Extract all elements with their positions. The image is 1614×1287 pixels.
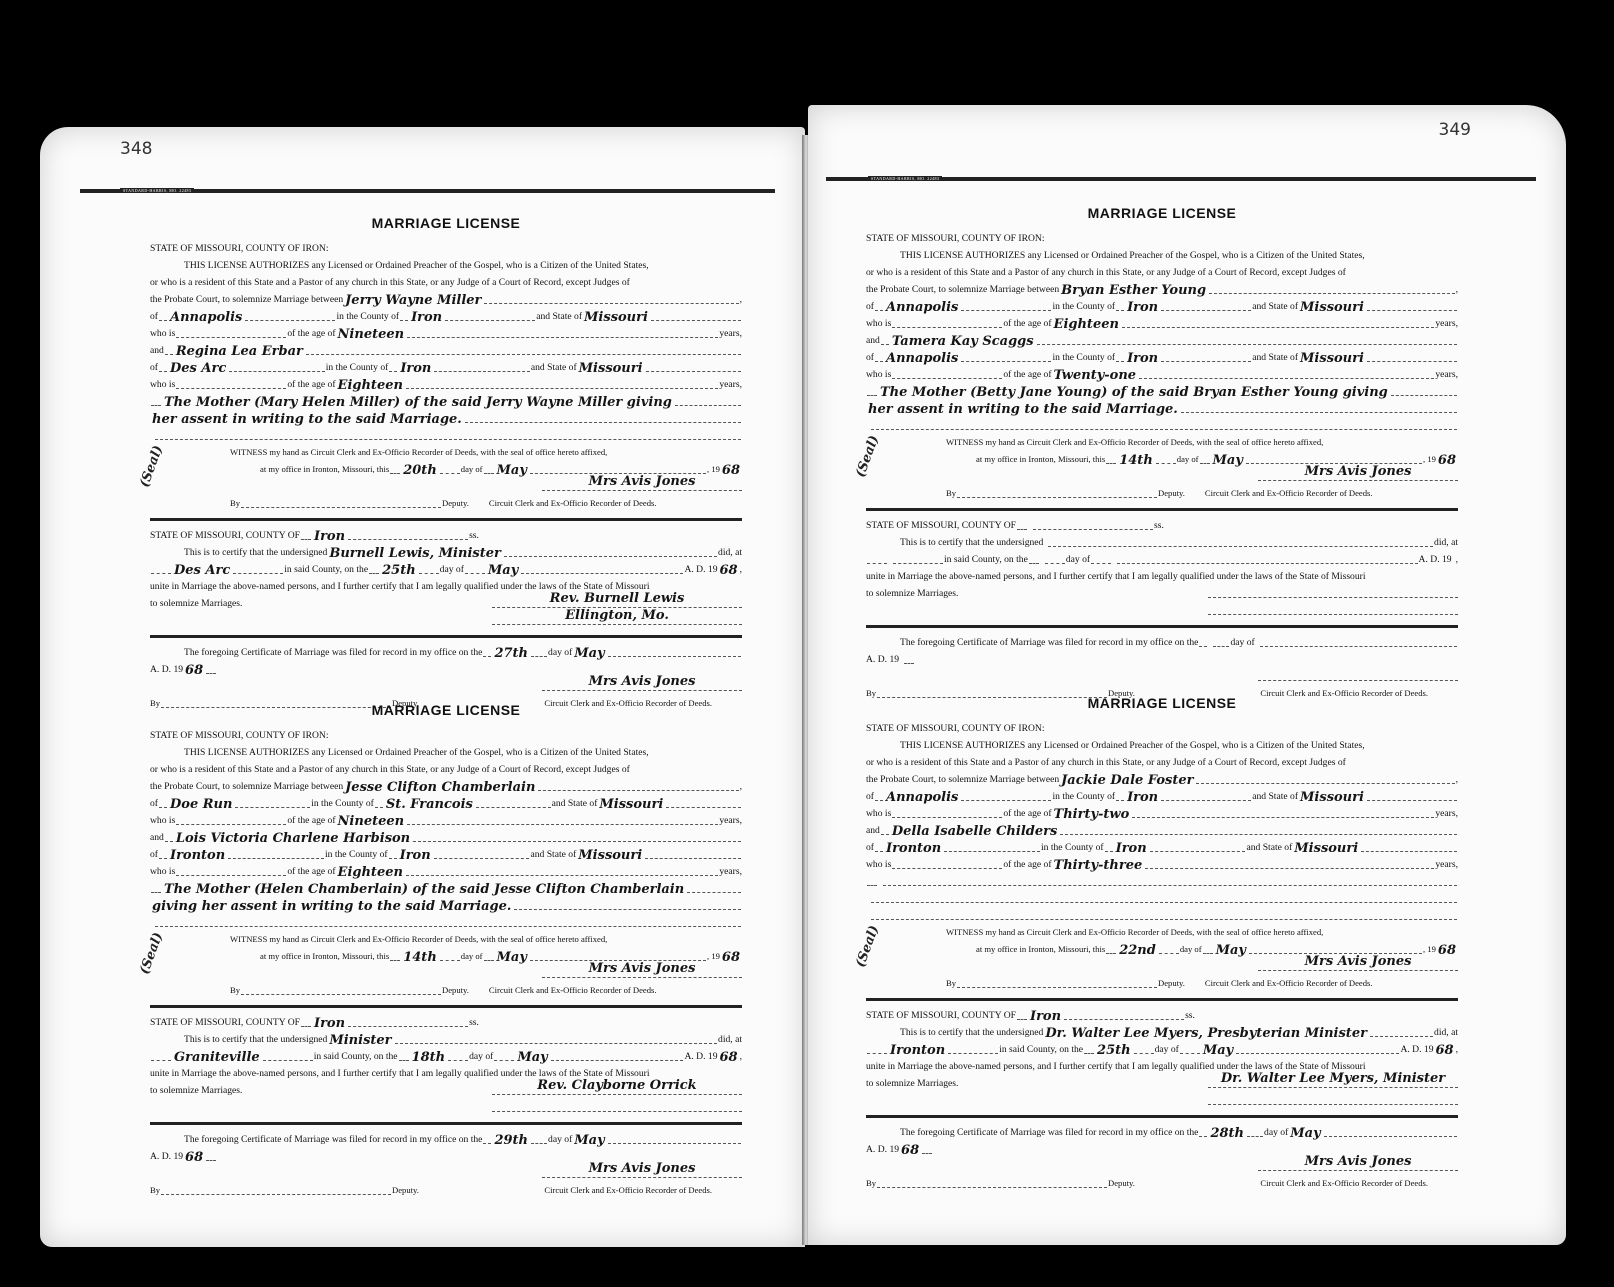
bride-county: Iron [1125,350,1160,367]
right-page: 349 STANDARD-HARRIS, MO. 22483 MARRIAGE … [808,105,1566,1245]
cert-year: 68 [1434,1042,1456,1059]
bride-county: Iron [1114,840,1149,857]
groom-age: Nineteen [336,326,407,343]
groom-age: Eighteen [1052,316,1121,333]
groom-town: Annapolis [884,299,960,316]
filed-month: May [572,645,606,662]
cert-day: 18th [410,1049,448,1066]
marriage-license-2: MARRIAGE LICENSE STATE OF MISSOURI, COUN… [150,702,742,1199]
bride-state: Missouri [1292,840,1360,857]
officiant-name: Minister [327,1032,393,1049]
marriage-license-4: MARRIAGE LICENSE STATE OF MISSOURI, COUN… [866,695,1458,1192]
cert-year: 68 [718,1049,740,1066]
license-title: MARRIAGE LICENSE [866,205,1458,222]
cert-month: May [1201,1042,1235,1059]
officiant-signature [1331,581,1335,596]
bride-state: Missouri [576,847,644,864]
issued-month: May [495,949,529,966]
cert-county: Iron [312,528,347,545]
bride-town: Ironton [884,840,943,857]
consent-text: The Mother (Mary Helen Miller) of the sa… [162,394,674,411]
issued-month: May [1214,942,1248,959]
filed-month: May [1288,1125,1322,1142]
authorizes-text: THIS LICENSE AUTHORIZES any Licensed or … [900,737,1365,754]
divider [150,1005,742,1008]
groom-state: Missouri [597,796,665,813]
bride-name: Regina Lea Erbar [174,343,305,360]
bride-age: Thirty-three [1052,857,1145,874]
groom-age: Nineteen [336,813,407,830]
cert-place: Ironton [888,1042,947,1059]
cert-county: Iron [1028,1008,1063,1025]
groom-age: Thirty-two [1052,806,1132,823]
printer-imprint: STANDARD-HARRIS, MO. 22483 [120,188,194,193]
state-header: STATE OF MISSOURI, COUNTY OF IRON: [150,727,329,744]
witness-text: WITNESS my hand as Circuit Clerk and Ex-… [230,444,607,461]
divider [150,1122,742,1125]
license-title: MARRIAGE LICENSE [866,695,1458,712]
left-page: 348 STANDARD-HARRIS, MO. 22483 MARRIAGE … [40,127,805,1247]
bride-town: Annapolis [884,350,960,367]
officiant-address [1331,1088,1335,1103]
groom-county: Iron [1125,789,1160,806]
groom-county: St. Francois [384,796,475,813]
officiant-address [615,1095,619,1110]
authorizes-text: or who is a resident of this State and a… [866,754,1346,771]
officiant-signature: Rev. Clayborne Orrick [535,1078,698,1093]
groom-name: Jesse Clifton Chamberlain [343,779,537,796]
cert-month: May [515,1049,549,1066]
filed-day: 29th [492,1132,530,1149]
cert-county: Iron [312,1015,347,1032]
filed-day: 27th [492,645,530,662]
issued-year: 68 [720,949,742,966]
clerk-signature: Mrs Avis Jones [1303,464,1414,479]
printer-imprint: STANDARD-HARRIS, MO. 22483 [868,176,942,181]
officiant-address: Ellington, Mo. [563,608,671,623]
issued-day: 20th [401,462,439,479]
divider [866,508,1458,511]
page-number: 348 [120,139,152,159]
groom-state: Missouri [582,309,650,326]
authorizes-text: THIS LICENSE AUTHORIZES any Licensed or … [184,744,649,761]
witness-text: WITNESS my hand as Circuit Clerk and Ex-… [946,434,1323,451]
filed-signature: Mrs Avis Jones [587,1161,698,1176]
consent-text: The Mother (Helen Chamberlain) of the sa… [162,881,686,898]
bride-name: Lois Victoria Charlene Harbison [174,830,412,847]
groom-state: Missouri [1298,299,1366,316]
groom-town: Annapolis [168,309,244,326]
marriage-license-1: MARRIAGE LICENSE STATE OF MISSOURI, COUN… [150,215,742,712]
clerk-title: Circuit Clerk and Ex-Officio Recorder of… [1205,485,1373,502]
clerk-signature: Mrs Avis Jones [587,474,698,489]
record-book: 348 STANDARD-HARRIS, MO. 22483 MARRIAGE … [22,105,1582,1265]
issued-day: 14th [401,949,439,966]
bride-age: Eighteen [336,377,405,394]
witness-text: WITNESS my hand as Circuit Clerk and Ex-… [946,924,1323,941]
clerk-signature: Mrs Avis Jones [587,961,698,976]
authorizes-text: THIS LICENSE AUTHORIZES any Licensed or … [184,257,649,274]
groom-county: Iron [409,309,444,326]
divider [866,625,1458,628]
clerk-title: Circuit Clerk and Ex-Officio Recorder of… [1205,975,1373,992]
clerk-title: Circuit Clerk and Ex-Officio Recorder of… [1260,1175,1458,1192]
groom-name: Jerry Wayne Miller [343,292,483,309]
authorizes-text: or who is a resident of this State and a… [150,274,630,291]
bride-state: Missouri [577,360,645,377]
issued-month: May [495,462,529,479]
filed-year: 68 [183,1149,205,1166]
marriage-license-3: MARRIAGE LICENSE STATE OF MISSOURI, COUN… [866,205,1458,702]
filed-month: May [572,1132,606,1149]
cert-day: 25th [1095,1042,1133,1059]
witness-text: WITNESS my hand as Circuit Clerk and Ex-… [230,931,607,948]
filed-year: 68 [183,662,205,679]
groom-state: Missouri [1298,789,1366,806]
bride-town: Des Arc [168,360,228,377]
state-header: STATE OF MISSOURI, COUNTY OF IRON: [150,240,329,257]
cert-day: 25th [380,562,418,579]
groom-name: Bryan Esther Young [1059,282,1208,299]
issued-year: 68 [720,462,742,479]
bride-county: Iron [398,360,433,377]
clerk-title: Circuit Clerk and Ex-Officio Recorder of… [544,1182,742,1199]
authorizes-text: or who is a resident of this State and a… [866,264,1346,281]
issued-day: 22nd [1117,942,1158,959]
bride-name: Tamera Kay Scaggs [890,333,1036,350]
issued-year: 68 [1436,942,1458,959]
filed-signature: Mrs Avis Jones [1303,1154,1414,1169]
license-title: MARRIAGE LICENSE [150,215,742,232]
officiant-name: Dr. Walter Lee Myers, Presbyterian Minis… [1043,1025,1369,1042]
divider [866,1115,1458,1118]
filed-day: 28th [1208,1125,1246,1142]
consent-text: giving her assent in writing to the said… [150,898,513,915]
bride-state: Missouri [1298,350,1366,367]
bride-age: Eighteen [336,864,405,881]
officiant-address [1331,598,1335,613]
groom-town: Annapolis [884,789,960,806]
divider [866,998,1458,1001]
filed-signature: Mrs Avis Jones [587,674,698,689]
cert-year: 68 [718,562,740,579]
state-header: STATE OF MISSOURI, COUNTY OF IRON: [866,230,1045,247]
filed-signature [1356,664,1360,679]
issued-year: 68 [1436,452,1458,469]
page-number: 349 [1439,120,1471,140]
clerk-title: Circuit Clerk and Ex-Officio Recorder of… [489,982,657,999]
groom-county: Iron [1125,299,1160,316]
officiant-name: Burnell Lewis, Minister [327,545,503,562]
bride-county: Iron [398,847,433,864]
bride-town: Ironton [168,847,227,864]
clerk-signature: Mrs Avis Jones [1303,954,1414,969]
officiant-signature: Rev. Burnell Lewis [548,591,687,606]
clerk-title: Circuit Clerk and Ex-Officio Recorder of… [489,495,657,512]
consent-text: The Mother (Betty Jane Young) of the sai… [878,384,1390,401]
cert-place: Des Arc [172,562,232,579]
groom-town: Doe Run [168,796,234,813]
consent-text: her assent in writing to the said Marria… [150,411,464,428]
bride-age: Twenty-one [1052,367,1139,384]
consent-text: her assent in writing to the said Marria… [866,401,1180,418]
state-header: STATE OF MISSOURI, COUNTY OF IRON: [866,720,1045,737]
authorizes-text: or who is a resident of this State and a… [150,761,630,778]
bride-name: Della Isabelle Childers [890,823,1059,840]
cert-place: Graniteville [172,1049,262,1066]
divider [150,635,742,638]
groom-name: Jackie Dale Foster [1059,772,1195,789]
officiant-signature: Dr. Walter Lee Myers, Minister [1219,1071,1447,1086]
license-title: MARRIAGE LICENSE [150,702,742,719]
issued-day: 14th [1117,452,1155,469]
filed-year: 68 [899,1142,921,1159]
issued-month: May [1211,452,1245,469]
cert-month: May [486,562,520,579]
divider [150,518,742,521]
authorizes-text: THIS LICENSE AUTHORIZES any Licensed or … [900,247,1365,264]
